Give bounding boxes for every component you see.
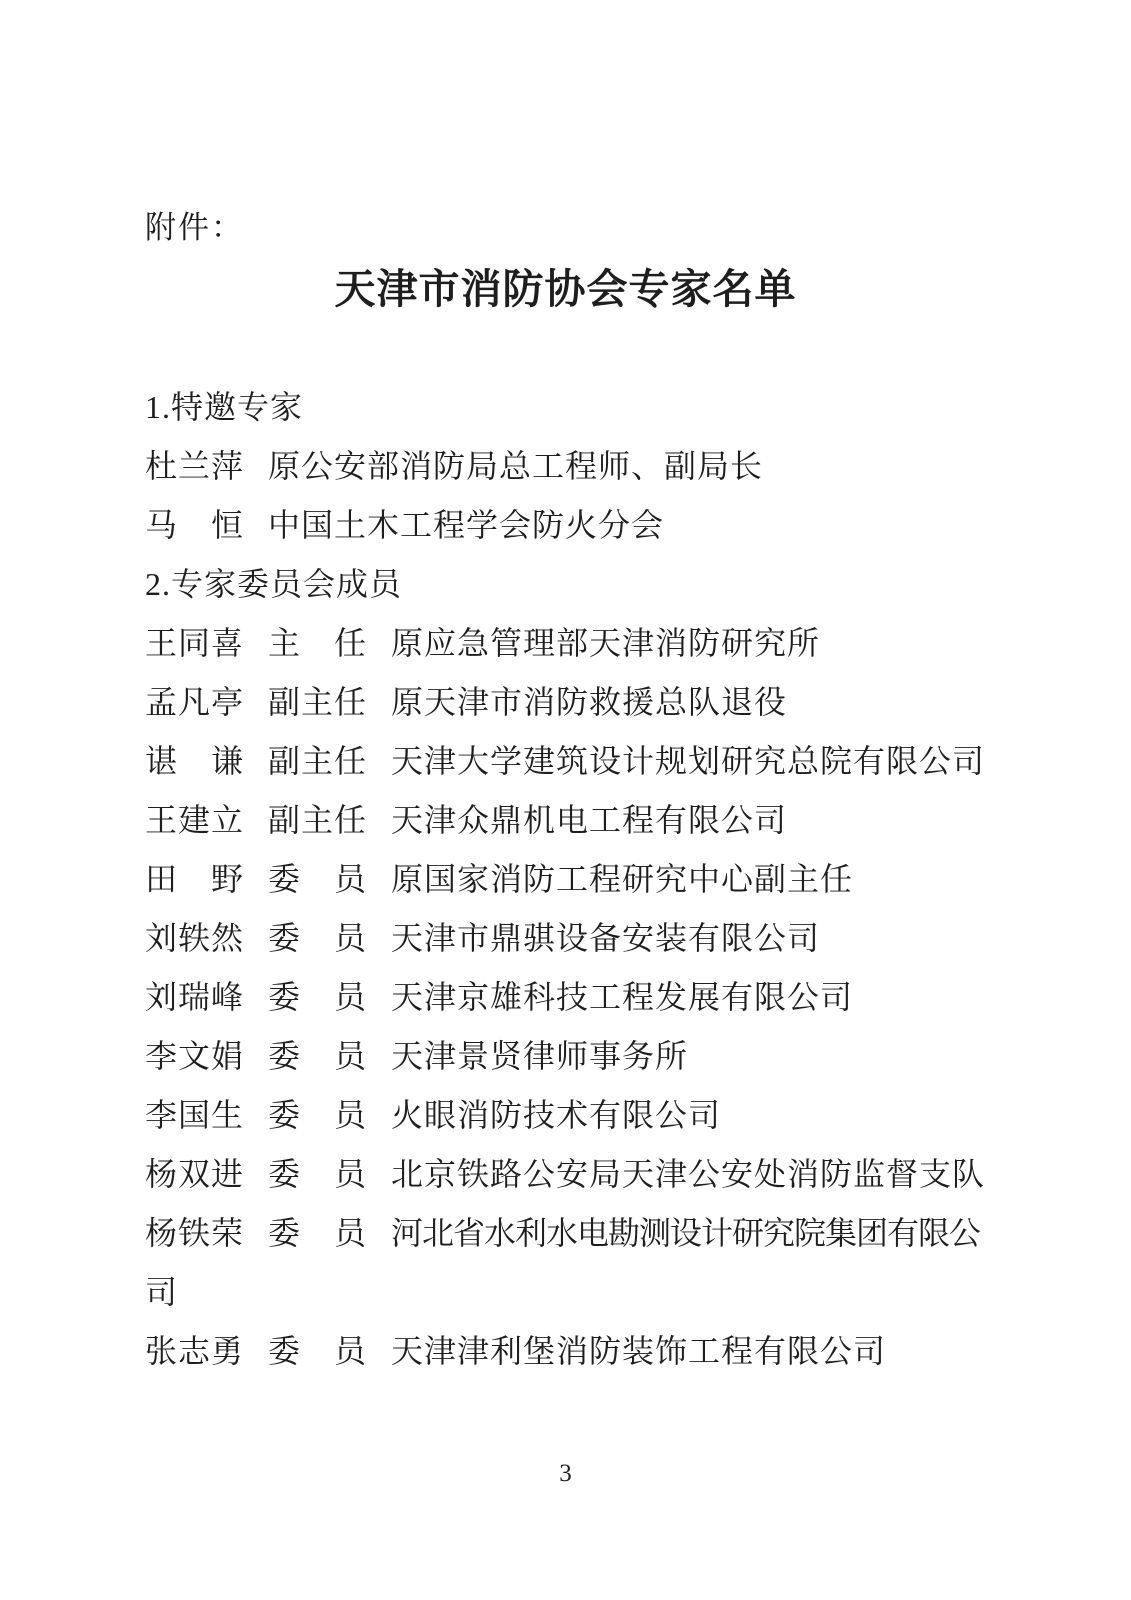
expert-organization: 原国家消防工程研究中心副主任	[391, 861, 853, 897]
expert-name: 王建立	[145, 802, 244, 838]
expert-row: 王建立副主任天津众鼎机电工程有限公司	[145, 791, 990, 850]
expert-role: 副主任	[268, 684, 367, 720]
expert-organization-continuation: 司	[145, 1263, 990, 1322]
expert-organization: 北京铁路公安局天津公安处消防监督支队	[391, 1156, 985, 1192]
expert-row: 王同喜主 任原应急管理部天津消防研究所	[145, 614, 990, 673]
page-number: 3	[0, 1460, 1131, 1488]
expert-row: 孟凡亭副主任原天津市消防救援总队退役	[145, 673, 990, 732]
expert-role: 委 员	[268, 861, 367, 897]
expert-organization: 原应急管理部天津消防研究所	[391, 625, 820, 661]
expert-row: 刘轶然委 员天津市鼎骐设备安装有限公司	[145, 909, 990, 968]
expert-name: 张志勇	[145, 1333, 244, 1369]
expert-organization: 天津市鼎骐设备安装有限公司	[391, 920, 820, 956]
expert-name: 王同喜	[145, 625, 244, 661]
expert-row: 张志勇委 员天津津利堡消防装饰工程有限公司	[145, 1322, 990, 1381]
expert-role: 委 员	[268, 920, 367, 956]
expert-name: 杨双进	[145, 1156, 244, 1192]
expert-row: 杨铁荣委 员河北省水利水电勘测设计研究院集团有限公司	[145, 1204, 990, 1322]
document-title: 天津市消防协会专家名单	[0, 256, 1131, 315]
expert-role: 副主任	[268, 802, 367, 838]
expert-row: 田 野委 员原国家消防工程研究中心副主任	[145, 850, 990, 909]
expert-organization: 天津大学建筑设计规划研究总院有限公司	[391, 743, 985, 779]
expert-role: 委 员	[268, 1038, 367, 1074]
expert-role: 委 员	[268, 1156, 367, 1192]
expert-name: 杜兰萍	[145, 448, 244, 484]
expert-row: 马 恒中国土木工程学会防火分会	[145, 496, 990, 555]
expert-role: 委 员	[268, 1333, 367, 1369]
expert-name: 刘瑞峰	[145, 979, 244, 1015]
expert-name: 孟凡亭	[145, 684, 244, 720]
expert-organization: 天津景贤律师事务所	[391, 1038, 688, 1074]
section-heading: 1.特邀专家	[145, 378, 990, 437]
expert-name: 马 恒	[145, 507, 244, 543]
expert-row: 杜兰萍原公安部消防局总工程师、副局长	[145, 437, 990, 496]
expert-name: 刘轶然	[145, 920, 244, 956]
expert-organization: 火眼消防技术有限公司	[391, 1097, 721, 1133]
expert-role: 委 员	[268, 1097, 367, 1133]
section-heading: 2.专家委员会成员	[145, 555, 990, 614]
expert-row: 刘瑞峰委 员天津京雄科技工程发展有限公司	[145, 968, 990, 1027]
expert-row: 李国生委 员火眼消防技术有限公司	[145, 1086, 990, 1145]
expert-name: 杨铁荣	[145, 1215, 244, 1251]
expert-row: 李文娟委 员天津景贤律师事务所	[145, 1027, 990, 1086]
expert-organization: 天津津利堡消防装饰工程有限公司	[391, 1333, 886, 1369]
expert-role: 主 任	[268, 625, 367, 661]
section: 1.特邀专家杜兰萍原公安部消防局总工程师、副局长马 恒中国土木工程学会防火分会	[145, 378, 990, 555]
expert-organization: 天津众鼎机电工程有限公司	[391, 802, 787, 838]
expert-name: 李国生	[145, 1097, 244, 1133]
expert-name: 谌 谦	[145, 743, 244, 779]
expert-row: 杨双进委 员北京铁路公安局天津公安处消防监督支队	[145, 1145, 990, 1204]
expert-organization: 天津京雄科技工程发展有限公司	[391, 979, 853, 1015]
expert-list: 1.特邀专家杜兰萍原公安部消防局总工程师、副局长马 恒中国土木工程学会防火分会2…	[145, 378, 990, 1381]
expert-organization: 中国土木工程学会防火分会	[268, 507, 664, 543]
expert-role: 委 员	[268, 979, 367, 1015]
section: 2.专家委员会成员王同喜主 任原应急管理部天津消防研究所孟凡亭副主任原天津市消防…	[145, 555, 990, 1381]
expert-row: 谌 谦副主任天津大学建筑设计规划研究总院有限公司	[145, 732, 990, 791]
expert-name: 李文娟	[145, 1038, 244, 1074]
attachment-label: 附件：	[145, 202, 244, 247]
expert-role: 委 员	[268, 1215, 367, 1251]
expert-role: 副主任	[268, 743, 367, 779]
expert-organization: 原公安部消防局总工程师、副局长	[268, 448, 763, 484]
expert-organization: 河北省水利水电勘测设计研究院集团有限公	[391, 1215, 980, 1251]
document-page: 附件： 天津市消防协会专家名单 1.特邀专家杜兰萍原公安部消防局总工程师、副局长…	[0, 0, 1131, 1600]
expert-name: 田 野	[145, 861, 244, 897]
expert-organization: 原天津市消防救援总队退役	[391, 684, 787, 720]
